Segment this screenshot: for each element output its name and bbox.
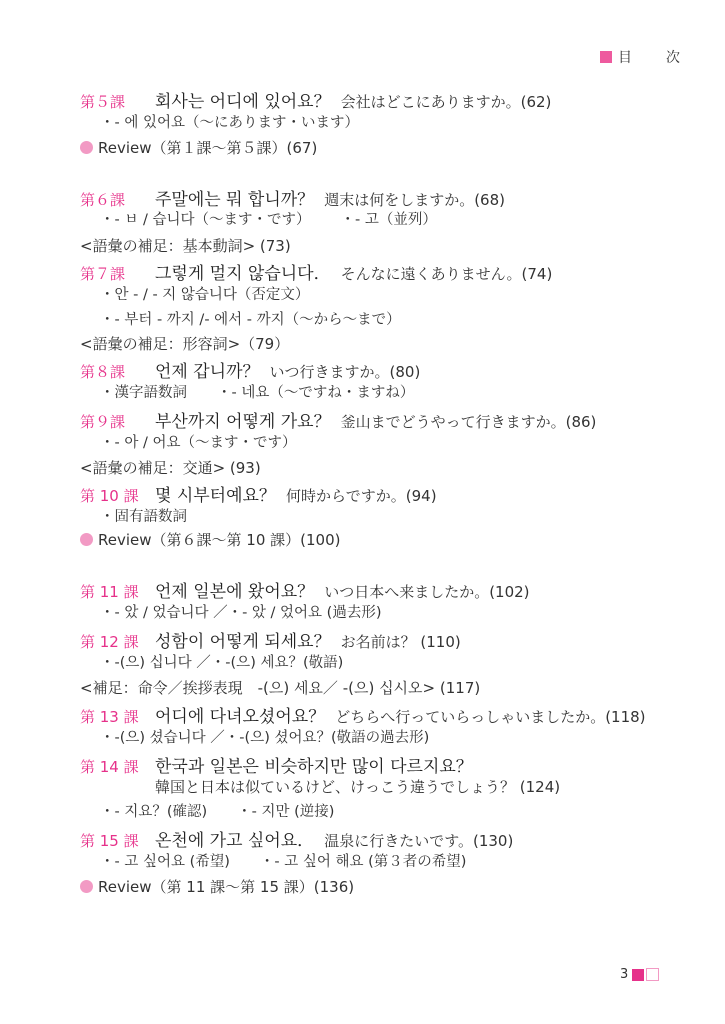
review-dot-icon: [80, 141, 93, 154]
page-header: 目 次: [600, 47, 690, 67]
toc-lesson-5[interactable]: 第５課회사는 어디에 있어요？会社はどこにありますか。(62): [80, 87, 551, 112]
toc-lesson-12[interactable]: 第 12 課성함이 어떻게 되세요？お名前は？ (110): [80, 627, 461, 652]
toc-lesson-8[interactable]: 第８課언제 갑니까？いつ行きますか。(80): [80, 357, 420, 382]
page-number: 3: [620, 967, 628, 982]
lesson-title-ja: いつ行きますか。(80): [270, 363, 421, 381]
toc-lesson-6[interactable]: 第６課주말에는 뭐 합니까？週末は何をしますか。(68): [80, 185, 505, 210]
review-label: Review（第 11 課～第 15 課）(136): [98, 876, 354, 897]
lesson-12-grammar: ・-(으) 십니다 ／・-(으) 세요？(敬語): [80, 651, 343, 672]
toc-supplement-1[interactable]: <語彙の補足：基本動詞> (73): [80, 235, 291, 256]
lesson-number: 第 10 課: [80, 485, 155, 506]
lesson-title-ja: 会社はどこにありますか。(62): [341, 93, 552, 111]
lesson-title-ko: 그렇게 멀지 않습니다．: [155, 264, 331, 284]
page-footer: 3: [620, 967, 659, 982]
toc-lesson-9[interactable]: 第９課부산까지 어떻게 가요？釜山までどうやって行きますか。(86): [80, 407, 596, 432]
lesson-title-ko: 온천에 가고 싶어요．: [155, 831, 314, 851]
toc-supplement-4[interactable]: <補足：命令／挨拶表現 -(으) 세요／ -(으) 십시오> (117): [80, 677, 480, 698]
review-label: Review（第１課～第５課）(67): [98, 137, 317, 158]
grammar-item: ・- 네요（～ですね・ますね）: [217, 385, 414, 401]
toc-lesson-13[interactable]: 第 13 課어디에 다녀오셨어요？どちらへ行っていらっしゃいましたか。(118): [80, 702, 646, 727]
toc-lesson-11[interactable]: 第 11 課언제 일본에 왔어요？いつ日本へ来ましたか。(102): [80, 577, 530, 602]
grammar-item: ・- 지만 (逆接): [237, 804, 334, 820]
lesson-number: 第 15 課: [80, 830, 155, 851]
lesson-number: 第９課: [80, 411, 155, 432]
lesson-title-ko: 부산까지 어떻게 가요？: [155, 412, 331, 432]
grammar-item: ・- 고 싶어 해요 (第３者の希望): [260, 854, 467, 870]
header-title: 目 次: [618, 47, 690, 67]
toc-review-2[interactable]: Review（第６課～第 10 課）(100): [80, 529, 340, 550]
lesson-number: 第 11 課: [80, 581, 155, 602]
lesson-14-grammar: ・- 지요？(確認)・- 지만 (逆接): [80, 800, 334, 821]
toc-lesson-7[interactable]: 第７課그렇게 멀지 않습니다．そんなに遠くありません。(74): [80, 259, 552, 284]
review-dot-icon: [80, 880, 93, 893]
lesson-title-ko: 성함이 어떻게 되세요？: [155, 632, 331, 652]
lesson-title-ja: 釜山までどうやって行きますか。(86): [341, 413, 597, 431]
lesson-number: 第８課: [80, 361, 155, 382]
lesson-title-ja: 何時からですか。(94): [286, 487, 437, 505]
lesson-title-ja: そんなに遠くありません。(74): [341, 265, 553, 283]
lesson-number: 第 12 課: [80, 631, 155, 652]
lesson-7-grammar-2: ・- 부터 - 까지 /- 에서 - 까지（～から～まで）: [80, 308, 401, 329]
grammar-item: ・- 고 싶어요 (希望): [100, 854, 230, 870]
header-square-icon: [600, 51, 612, 63]
lesson-7-grammar-1: ・안 - / - 지 않습니다（否定文）: [80, 283, 309, 304]
lesson-10-grammar: ・固有語数詞: [80, 505, 187, 526]
toc-lesson-14[interactable]: 第 14 課한국과 일본은 비슷하지만 많이 다르지요？: [80, 752, 483, 777]
lesson-15-grammar: ・- 고 싶어요 (希望)・- 고 싶어 해요 (第３者の希望): [80, 850, 466, 871]
toc-review-3[interactable]: Review（第 11 課～第 15 課）(136): [80, 876, 354, 897]
lesson-title-ko: 어디에 다녀오셨어요？: [155, 707, 325, 727]
lesson-title-ko: 언제 갑니까？: [155, 362, 260, 382]
lesson-14-title-ja: 韓国と日本は似ているけど、けっこう違うでしょう？ (124): [80, 776, 560, 797]
lesson-title-ja: お名前は？ (110): [341, 633, 461, 651]
review-label: Review（第６課～第 10 課）(100): [98, 529, 340, 550]
lesson-title-ko: 몇 시부터예요？: [155, 486, 276, 506]
lesson-5-grammar: ・- 에 있어요（～にあります・います）: [80, 111, 359, 132]
lesson-9-grammar: ・- 아 / 어요（～ます・です）: [80, 431, 296, 452]
grammar-item: ・- 고（並列）: [340, 212, 436, 228]
lesson-number: 第 14 課: [80, 756, 155, 777]
filled-square-icon: [632, 969, 644, 981]
lesson-title-ja: 温泉に行きたいです。(130): [324, 832, 513, 850]
toc-supplement-2[interactable]: <語彙の補足：形容詞>（79）: [80, 333, 289, 354]
lesson-title-ko: 주말에는 뭐 합니까？: [155, 190, 314, 210]
lesson-13-grammar: ・-(으) 셨습니다 ／・-(으) 셨어요？(敬語の過去形): [80, 726, 429, 747]
review-dot-icon: [80, 533, 93, 546]
lesson-number: 第６課: [80, 189, 155, 210]
lesson-number: 第 13 課: [80, 706, 155, 727]
lesson-title-ja: どちらへ行っていらっしゃいましたか。(118): [335, 708, 645, 726]
lesson-title-ko: 회사는 어디에 있어요？: [155, 92, 331, 112]
toc-lesson-10[interactable]: 第 10 課몇 시부터예요？何時からですか。(94): [80, 481, 437, 506]
lesson-8-grammar: ・漢字語数詞・- 네요（～ですね・ますね）: [80, 381, 414, 402]
lesson-title-ja: いつ日本へ来ましたか。(102): [324, 583, 529, 601]
lesson-title-ja: 週末は何をしますか。(68): [324, 191, 505, 209]
lesson-11-grammar: ・- 았 / 었습니다 ／・- 았 / 었어요 (過去形): [80, 601, 381, 622]
grammar-item: ・- ㅂ / 습니다（～ます・です）: [100, 212, 310, 228]
lesson-title-ko: 언제 일본에 왔어요？: [155, 582, 314, 602]
lesson-number: 第５課: [80, 91, 155, 112]
empty-square-icon: [646, 968, 659, 981]
lesson-6-grammar: ・- ㅂ / 습니다（～ます・です）・- 고（並列）: [80, 208, 437, 229]
toc-review-1[interactable]: Review（第１課～第５課）(67): [80, 137, 317, 158]
toc-supplement-3[interactable]: <語彙の補足：交通> (93): [80, 457, 261, 478]
lesson-number: 第７課: [80, 263, 155, 284]
grammar-item: ・漢字語数詞: [100, 385, 187, 401]
grammar-item: ・- 지요？(確認): [100, 804, 207, 820]
toc-lesson-15[interactable]: 第 15 課온천에 가고 싶어요．温泉に行きたいです。(130): [80, 826, 513, 851]
lesson-title-ko: 한국과 일본은 비슷하지만 많이 다르지요？: [155, 757, 473, 777]
